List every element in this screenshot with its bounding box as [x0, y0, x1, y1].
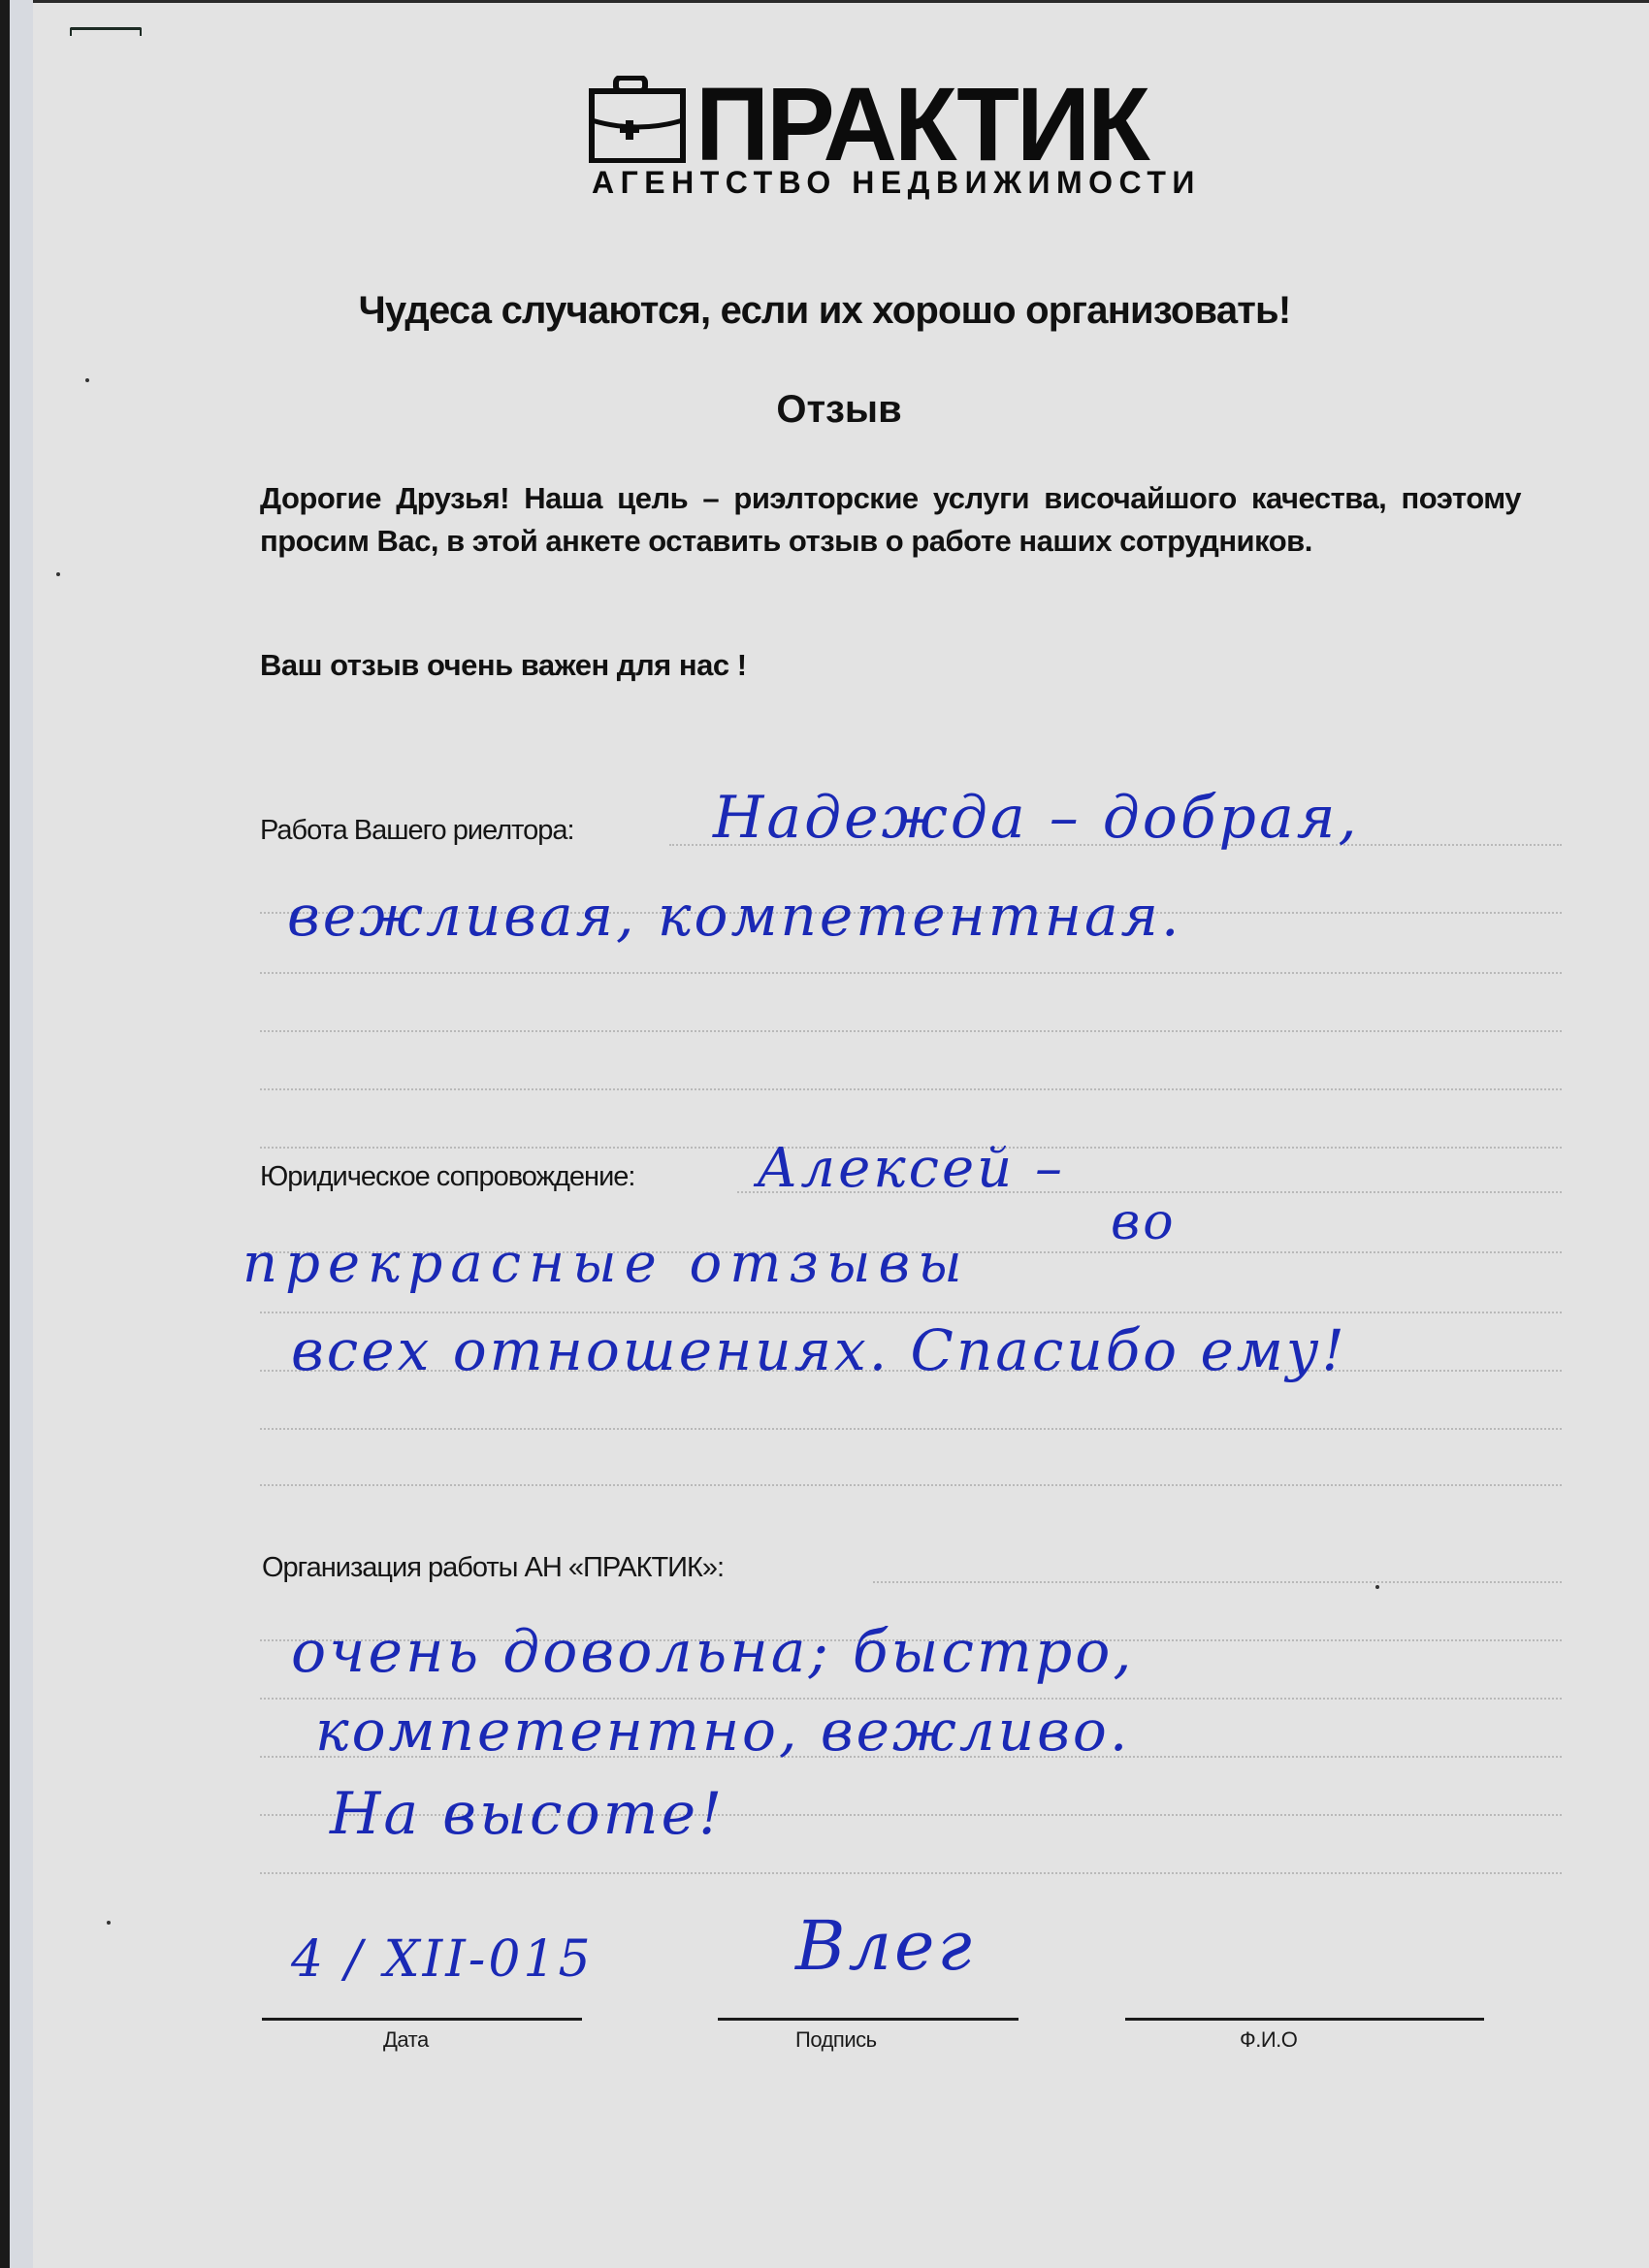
answer-organization-line-2[interactable]: компетентно, вежливо. — [315, 1698, 1130, 1764]
answer-line — [260, 1312, 1562, 1313]
answer-line — [260, 972, 1562, 974]
brand-logo: ПРАКТИК АГЕНТСТВО НЕДВИЖИМОСТИ — [589, 76, 1190, 202]
tagline: Чудеса случаются, если их хорошо организ… — [0, 289, 1649, 333]
fio-line — [1125, 2018, 1484, 2021]
signature-value[interactable]: Влег — [795, 1906, 975, 1986]
scan-speck — [85, 378, 89, 382]
scan-edge-left — [0, 0, 10, 2268]
answer-organization-line-3[interactable]: На высоте! — [330, 1780, 725, 1848]
page-title: Отзыв — [0, 388, 1649, 432]
answer-legal-line-1[interactable]: Алексей – — [757, 1137, 1065, 1200]
scan-edge-top — [33, 0, 1649, 3]
scan-speck — [107, 1921, 111, 1925]
answer-line — [260, 1484, 1562, 1486]
answer-legal-line-2[interactable]: во — [1111, 1193, 1177, 1251]
answer-line — [260, 1030, 1562, 1032]
scan-speck — [56, 572, 60, 576]
answer-line — [873, 1581, 1562, 1583]
staple-mark — [70, 27, 142, 36]
date-value[interactable]: 4 / XII-015 — [291, 1930, 594, 1989]
fio-caption: Ф.И.О — [1240, 2027, 1297, 2053]
brand-subtitle: АГЕНТСТВО НЕДВИЖИМОСТИ — [592, 165, 1201, 201]
signature-line — [718, 2018, 1018, 2021]
briefcase-icon — [589, 76, 686, 163]
section-label-legal: Юридическое сопровождение: — [260, 1161, 634, 1193]
signature-caption: Подпись — [795, 2027, 877, 2053]
answer-realtor-line-2[interactable]: вежливая, компетентная. — [287, 883, 1181, 949]
answer-legal-line-3[interactable]: прекрасные отзывы — [242, 1232, 970, 1295]
intro-emphasis: Ваш отзыв очень важен для нас ! — [260, 648, 747, 683]
intro-paragraph: Дорогие Друзья! Наша цель – риэлторские … — [260, 477, 1521, 563]
scan-speck — [1375, 1585, 1379, 1589]
scan-margin-left — [10, 0, 33, 2268]
answer-line — [260, 1088, 1562, 1090]
answer-line — [260, 1872, 1562, 1874]
answer-line — [260, 1428, 1562, 1430]
date-line — [262, 2018, 582, 2021]
answer-realtor-line-1[interactable]: Надежда – добрая, — [713, 784, 1360, 852]
date-caption: Дата — [383, 2027, 429, 2053]
answer-legal-line-4[interactable]: всех отношениях. Спасибо ему! — [291, 1317, 1347, 1383]
section-label-realtor: Работа Вашего риелтора: — [260, 815, 574, 847]
brand-name: ПРАКТИК — [695, 81, 1148, 167]
section-label-organization: Организация работы АН «ПРАКТИК»: — [262, 1552, 724, 1584]
answer-organization-line-1[interactable]: очень довольна; быстро, — [291, 1618, 1134, 1686]
